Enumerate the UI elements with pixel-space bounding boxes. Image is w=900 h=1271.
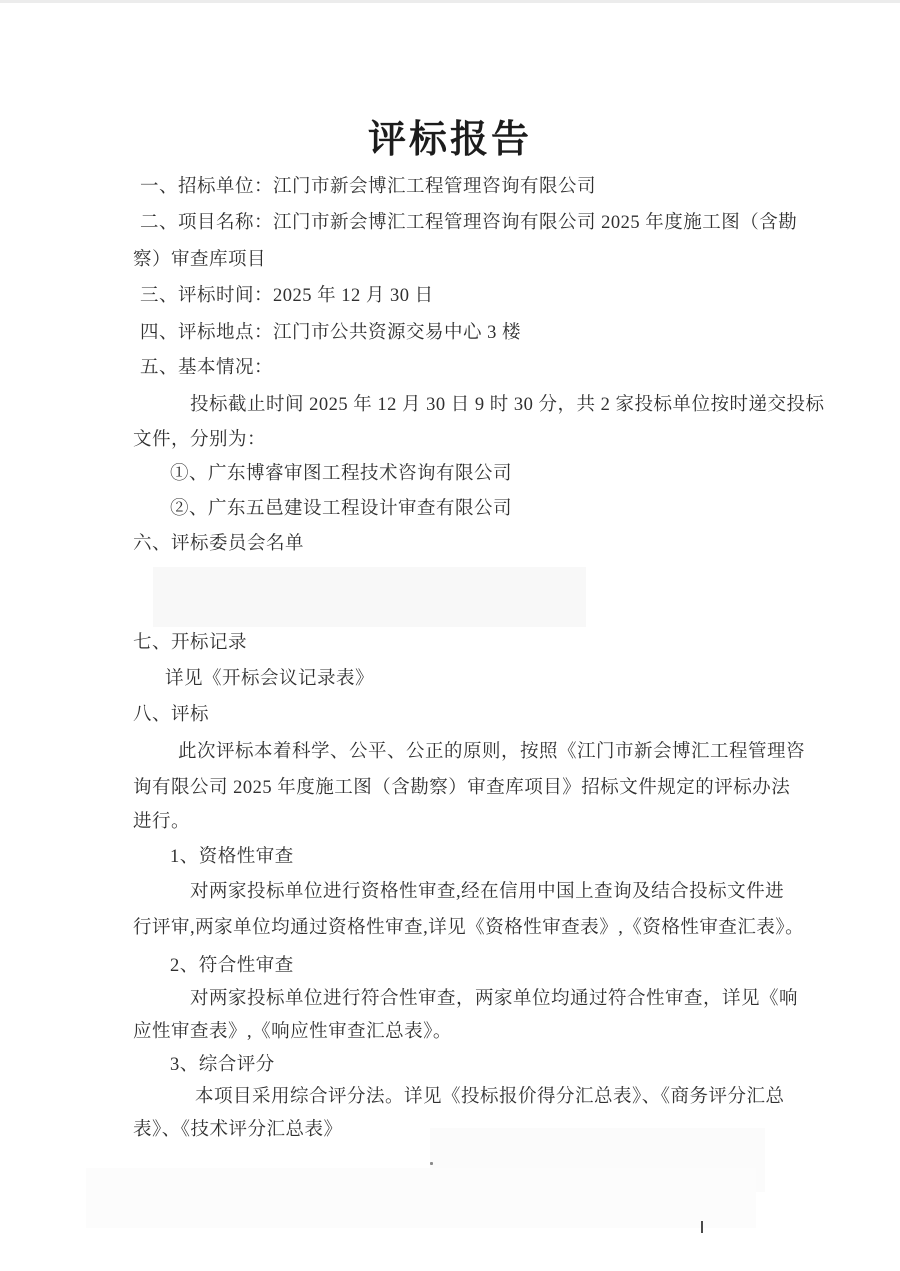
line-scoring-body-wrap: 表》、《技术评分汇总表》 (133, 1115, 343, 1145)
line-deadline-wrap: 文件，分别为： (133, 425, 266, 455)
line-conformity-body-wrap: 应性审查表》,《响应性审查汇总表》。 (133, 1017, 452, 1047)
line-deadline: 投标截止时间 2025 年 12 月 30 日 9 时 30 分，共 2 家投标… (190, 390, 825, 420)
line-evaluation-place: 四、评标地点：江门市公共资源交易中心 3 楼 (140, 318, 521, 348)
line-bid-inviter: 一、招标单位：江门市新会博汇工程管理咨询有限公司 (140, 172, 596, 202)
line-qualification-heading: 1、资格性审查 (170, 842, 294, 872)
scan-artifact-faint-band (86, 1168, 756, 1228)
line-bidder-1: ①、广东博睿审图工程技术咨询有限公司 (170, 459, 512, 489)
line-evaluation-principle: 此次评标本着科学、公平、公正的原则，按照《江门市新会博汇工程管理咨 (178, 737, 805, 767)
line-evaluation-principle-wrap1: 询有限公司 2025 年度施工图（含勘察）审查库项目》招标文件规定的评标办法 (133, 773, 790, 803)
line-opening-record-heading: 七、开标记录 (133, 628, 247, 658)
scan-artifact-tick (701, 1221, 703, 1233)
line-project-name: 二、项目名称：江门市新会博汇工程管理咨询有限公司 2025 年度施工图（含勘 (140, 208, 797, 238)
line-committee-heading: 六、评标委员会名单 (133, 529, 304, 559)
redacted-committee-names (153, 567, 586, 627)
line-evaluation-heading: 八、评标 (133, 700, 209, 730)
line-qualification-body-wrap: 行评审,两家单位均通过资格性审查,详见《资格性审查表》,《资格性审查汇表》。 (133, 913, 804, 943)
line-scoring-heading: 3、综合评分 (170, 1050, 275, 1080)
scan-artifact-dot (430, 1162, 433, 1165)
line-conformity-heading: 2、符合性审查 (170, 951, 294, 981)
line-project-name-wrap: 察）审查库项目 (133, 245, 266, 275)
line-opening-record-detail: 详见《开标会议记录表》 (165, 664, 374, 694)
line-bidder-2: ②、广东五邑建设工程设计审查有限公司 (170, 494, 512, 524)
line-evaluation-principle-wrap2: 进行。 (133, 807, 190, 837)
document-page: 评标报告 一、招标单位：江门市新会博汇工程管理咨询有限公司 二、项目名称：江门市… (0, 0, 900, 1271)
report-title: 评标报告 (0, 118, 900, 162)
line-evaluation-time: 三、评标时间：2025 年 12 月 30 日 (140, 281, 434, 311)
line-basic-info-heading: 五、基本情况： (140, 353, 273, 383)
line-qualification-body: 对两家投标单位进行资格性审查,经在信用中国上查询及结合投标文件进 (190, 877, 784, 907)
line-scoring-body: 本项目采用综合评分法。详见《投标报价得分汇总表》、《商务评分汇总 (195, 1082, 785, 1112)
line-conformity-body: 对两家投标单位进行符合性审查，两家单位均通过符合性审查，详见《响 (190, 984, 798, 1014)
